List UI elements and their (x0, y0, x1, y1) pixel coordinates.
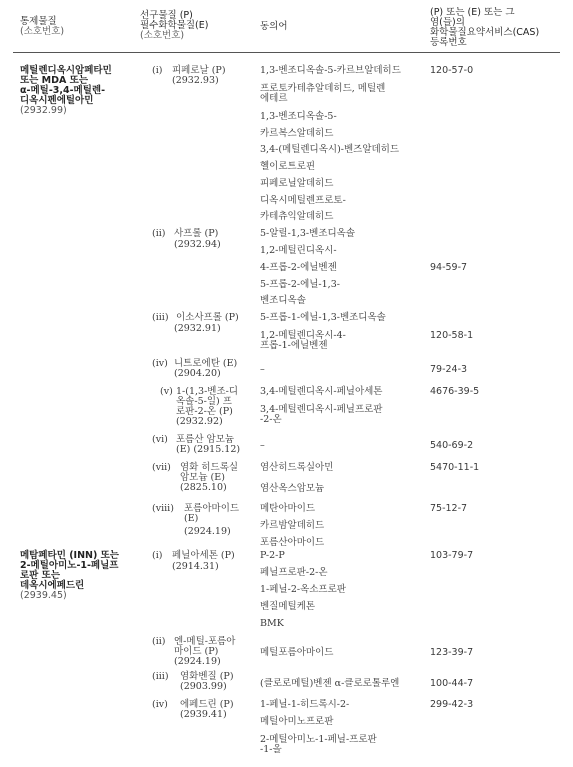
precursor-code: (2939.41) (180, 710, 227, 720)
synonym: 염산옥스암모늄 (260, 484, 324, 494)
precursor-code: (2924.19) (174, 657, 221, 667)
header-col1-sub: (소호번호) (20, 27, 64, 37)
synonym: 프롭-1-에닐벤젠 (260, 341, 328, 351)
synonym: 에테르 (260, 94, 288, 104)
synonym: 메틸아미노프로판 (260, 717, 333, 727)
synonym: -2-온 (260, 415, 282, 425)
precursor-num: (ii) (152, 229, 166, 239)
precursor-num: (viii) (152, 504, 174, 514)
synonym: 메틸포름아마이드 (260, 648, 333, 658)
synonym: 디옥시메틸렌프로토- (260, 196, 346, 206)
meth-code: (2939.45) (20, 591, 119, 601)
mda-code: (2932.99) (20, 106, 112, 116)
cas-number: 75-12-7 (430, 504, 467, 514)
precursor-num: (iii) (152, 672, 169, 682)
synonym: 헬이로트로핀 (260, 162, 315, 172)
synonym: 4-프롭-2-에닐벤젠 (260, 263, 337, 273)
header-col3-title: 동의어 (260, 22, 288, 32)
precursor-num: (iv) (152, 359, 168, 369)
cas-number: 103-79-7 (430, 551, 473, 561)
synonym: 5-프롭-2-에닐-1,3- (260, 280, 340, 290)
synonym: 카르복스알데히드 (260, 129, 333, 139)
precursor-name: 이소사프롤 (P) (176, 313, 239, 323)
synonym: 1-페닐-1-히드록시-2- (260, 700, 349, 710)
precursor-code: (2914.31) (172, 562, 219, 572)
cas-number: 94-59-7 (430, 263, 467, 273)
precursor-code: (2932.94) (174, 240, 221, 250)
precursor-num: (v) (160, 387, 173, 397)
synonym: 벤조디옥솔 (260, 296, 306, 306)
precursor-code: (2932.91) (174, 324, 221, 334)
synonym: 포름산아마이드 (260, 538, 324, 548)
precursor-code: (2904.20) (174, 369, 221, 379)
precursor-num: (i) (152, 66, 162, 76)
cas-number: 299-42-3 (430, 700, 473, 710)
precursor-code: (2932.92) (176, 417, 223, 427)
header-col2-line3: (소호번호) (140, 31, 208, 41)
synonym: 3,4-메틸렌디옥시-페닐아세톤 (260, 387, 382, 397)
synonym: 벤질메틸케톤 (260, 602, 315, 612)
precursor-code: (2924.19) (184, 527, 231, 537)
precursor-code: (2825.10) (180, 483, 227, 493)
synonym: – (260, 441, 265, 451)
synonym: (클로로메틸)벤젠 α-클로로톨루엔 (260, 679, 399, 689)
synonym: 1-페닐-2-옥소프로판 (260, 585, 346, 595)
header-controlled-substance: 통제물질 (소호번호) (20, 17, 64, 37)
header-cas: (P) 또는 (E) 또는 그 염(들)의 화학물질요약서비스(CAS) 등록번… (430, 8, 539, 48)
synonym: 염산히드록실아민 (260, 463, 333, 473)
cas-number: 120-57-0 (430, 66, 473, 76)
synonym: – (260, 365, 265, 375)
cas-number: 5470-11-1 (430, 463, 479, 473)
precursor-code: (2903.99) (180, 682, 227, 692)
synonym: 카르밤알데히드 (260, 521, 324, 531)
header-precursor: 선구물질 (P) 필수화학물질(E) (소호번호) (140, 11, 208, 41)
synonym: 1,3-벤조디옥솔-5- (260, 112, 337, 122)
precursor-num: (iii) (152, 313, 169, 323)
controlled-substance-mda: 메틸렌디옥시암페타민 또는 MDA 또는 α-메틸-3,4-메틸렌- 디옥시펜에… (20, 66, 112, 116)
synonym: 3,4-(메틸렌디옥시)-벤즈알데히드 (260, 145, 399, 155)
header-synonym: 동의어 (260, 22, 288, 32)
precursor-num: (iv) (152, 700, 168, 710)
precursor-name: 페닐아세톤 (P) (172, 551, 235, 561)
synonym: BMK (260, 619, 284, 629)
cas-number: 100-44-7 (430, 679, 473, 689)
synonym: 5-프롭-1-에닐-1,3-벤조디옥솔 (260, 313, 386, 323)
precursor-num: (vii) (152, 463, 171, 473)
synonym: 메탄아마이드 (260, 504, 315, 514)
cas-number: 120-58-1 (430, 331, 473, 341)
cas-number: 540-69-2 (430, 441, 473, 451)
synonym: 1,3-벤조디옥솔-5-카르브알데히드 (260, 66, 401, 76)
synonym: 페닐프로판-2-온 (260, 568, 328, 578)
precursor-num: (ii) (152, 637, 166, 647)
header-divider (13, 52, 560, 53)
synonym: 피페로닐알데히드 (260, 179, 333, 189)
precursor-name-cont: (E) (184, 514, 198, 524)
precursor-code: (E) (2915.12) (176, 445, 240, 455)
synonym: 5-알릴-1,3-벤조디옥솔 (260, 229, 355, 239)
cas-number: 4676-39-5 (430, 387, 479, 397)
precursor-num: (i) (152, 551, 162, 561)
precursor-code: (2932.93) (172, 76, 219, 86)
cas-number: 79-24-3 (430, 365, 467, 375)
precursor-num: (vi) (152, 435, 168, 445)
synonym: -1-올 (260, 745, 282, 755)
header-col4-line4: 등록번호 (430, 38, 539, 48)
synonym: 1,2-메틸린디옥시- (260, 246, 337, 256)
synonym: P-2-P (260, 551, 285, 561)
controlled-substance-methamphetamine: 메탐페타민 (INN) 또는 2-메틸아미노-1-페닐프 로판 또는 데옥시에페… (20, 551, 119, 601)
cas-number: 123-39-7 (430, 648, 473, 658)
precursor-name: 사프롤 (P) (174, 229, 218, 239)
synonym: 카테츄익알데히드 (260, 212, 333, 222)
